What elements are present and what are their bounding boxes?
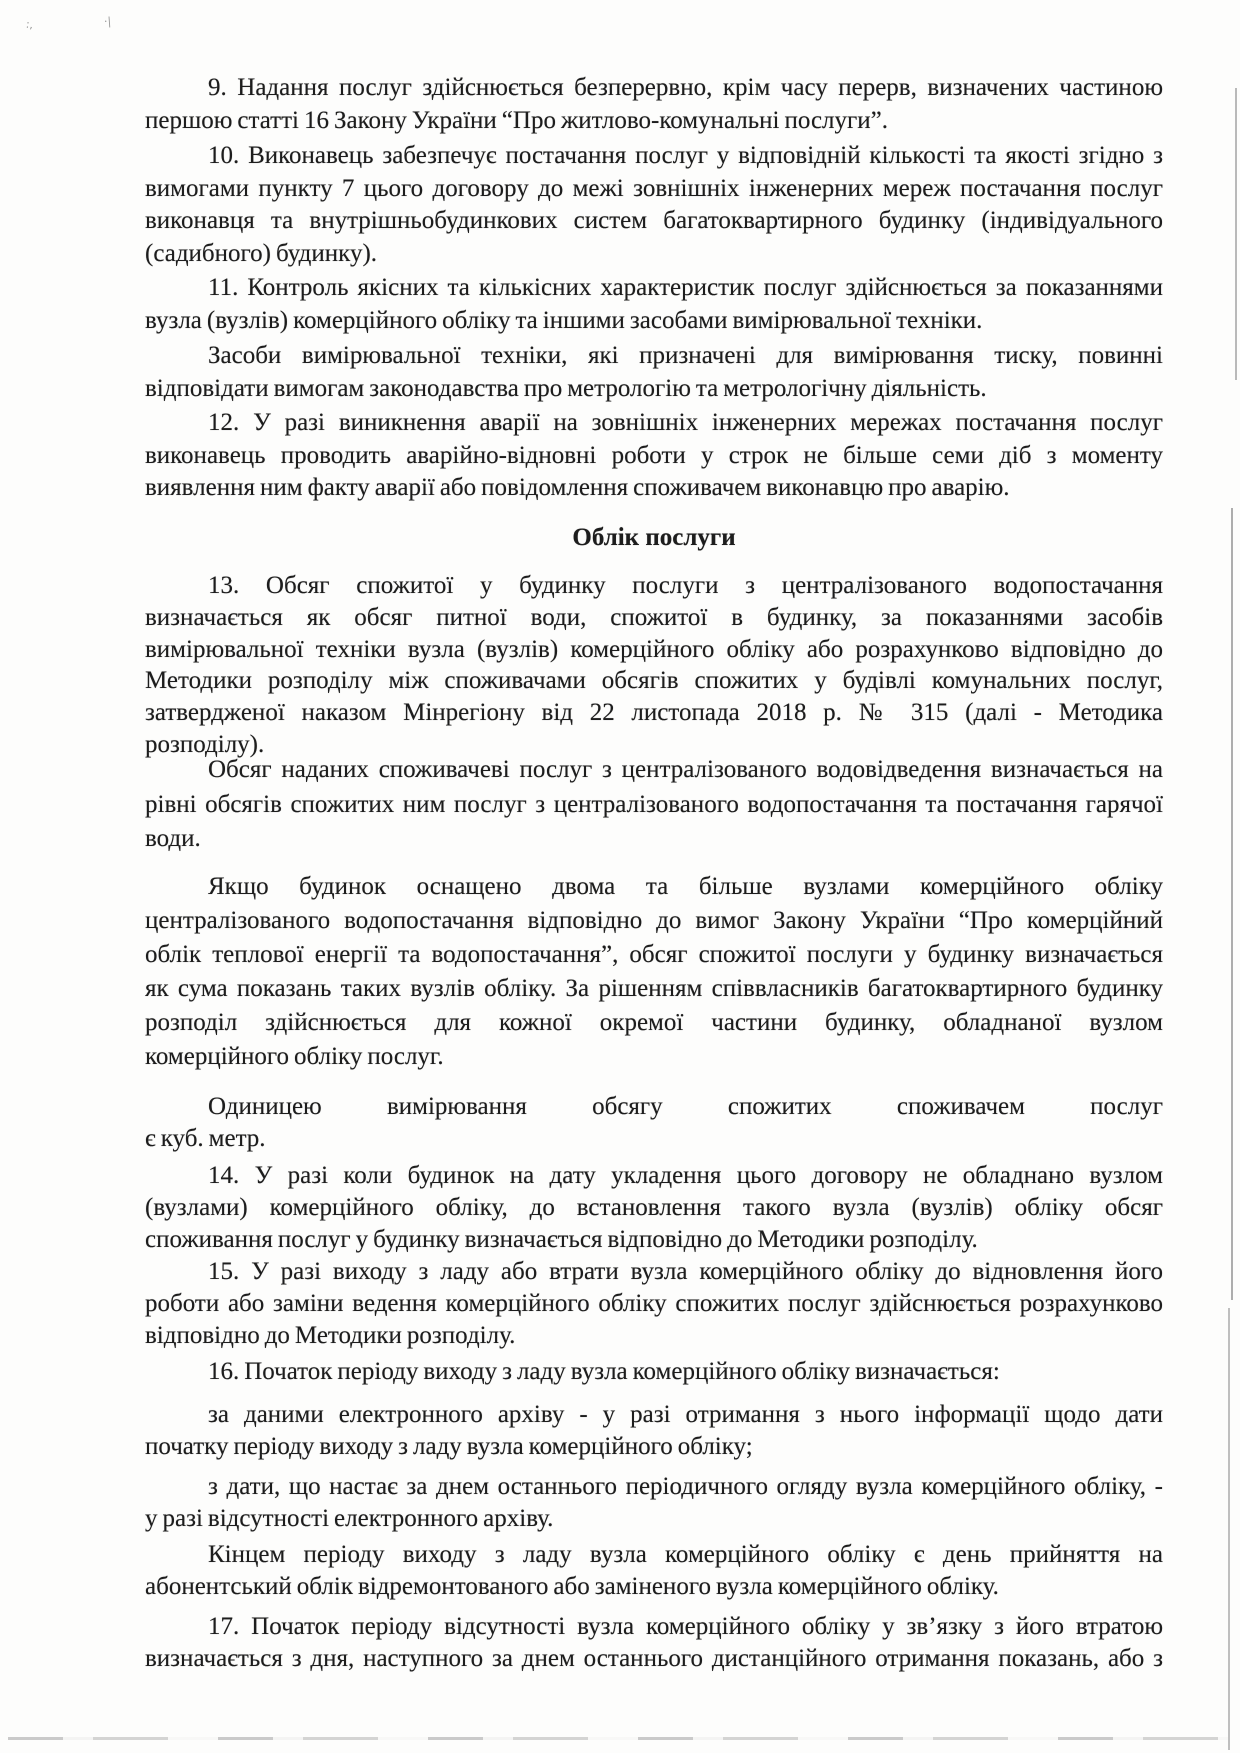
scan-edge-line [1228,1308,1230,1750]
paragraph: 16. Початок періоду виходу з ладу вузла … [145,1356,1163,1388]
text-line: 9. Надання послуг здійснюється безперерв… [145,72,1163,105]
text-line: Одиницею вимірювання обсягу спожитих спо… [145,1091,1163,1123]
paragraph: Якщо будинок оснащено двома та більше ву… [145,870,1163,1074]
scan-speck: :, [25,18,34,32]
text-line: 14. У разі коли будинок на дату укладенн… [145,1160,1163,1192]
text-line: як сума показань таких вузлів обліку. За… [145,972,1163,1006]
paragraph: з дати, що настає за днем останнього пер… [145,1471,1163,1535]
text-line: споживання послуг у будинку визначається… [145,1224,1163,1256]
scan-bottom-artifact [8,1737,1228,1740]
text-line: 15. У разі виходу з ладу або втрати вузл… [145,1256,1163,1288]
text-line: 10. Виконавець забезпечує постачання пос… [145,140,1163,173]
paragraph: Одиницею вимірювання обсягу спожитих спо… [145,1091,1163,1155]
text-line: абонентський облік відремонтованого або … [145,1571,1163,1603]
text-line: у разі відсутності електронного архіву. [145,1503,1163,1535]
text-line: розподіл здійснюється для кожної окремої… [145,1006,1163,1040]
text-line: облік теплової енергії та водопостачання… [145,938,1163,972]
text-line: 11. Контроль якісних та кількісних харак… [145,272,1163,305]
text-line: виконавець проводить аварійно-відновні р… [145,440,1163,473]
text-line: Засоби вимірювальної техніки, які призна… [145,340,1163,373]
text-line: Методики розподілу між споживачами обсяг… [145,665,1163,697]
paragraph: 15. У разі виходу з ладу або втрати вузл… [145,1256,1163,1352]
paragraph: 14. У разі коли будинок на дату укладенн… [145,1160,1163,1256]
text-line: з дати, що настає за днем останнього пер… [145,1471,1163,1503]
text-line: першою статті 16 Закону України “Про жит… [145,105,1163,138]
text-line: за даними електронного архіву - у разі о… [145,1399,1163,1431]
paragraph: 9. Надання послуг здійснюється безперерв… [145,72,1163,137]
text-line: відповідно до Методики розподілу. [145,1320,1163,1352]
text-line: води. [145,822,1163,857]
text-line: є куб. метр. [145,1123,1163,1155]
paragraph: Обсяг наданих споживачеві послуг з центр… [145,753,1163,857]
scan-speck: ·| [104,15,112,28]
scan-edge-line [1235,88,1237,380]
text-line: 13. Обсяг спожитої у будинку послуги з ц… [145,570,1163,602]
paragraph: 10. Виконавець забезпечує постачання пос… [145,140,1163,270]
text-line: (садибного) будинку). [145,238,1163,271]
text-line: централізованого водопостачання відповід… [145,904,1163,938]
text-line: (вузлами) комерційного обліку, до встано… [145,1192,1163,1224]
paragraph: 11. Контроль якісних та кількісних харак… [145,272,1163,337]
paragraph: Кінцем періоду виходу з ладу вузла комер… [145,1539,1163,1603]
text-line: Кінцем періоду виходу з ладу вузла комер… [145,1539,1163,1571]
text-line: рівні обсягів спожитих ним послуг з цент… [145,788,1163,823]
text-line: Якщо будинок оснащено двома та більше ву… [145,870,1163,904]
text-line: визначається з дня, наступного за днем о… [145,1643,1163,1675]
text-line: комерційного обліку послуг. [145,1040,1163,1074]
text-line: вимірювальної техніки вузла (вузлів) ком… [145,634,1163,666]
paragraph: Засоби вимірювальної техніки, які призна… [145,340,1163,405]
text-line: початку періоду виходу з ладу вузла коме… [145,1431,1163,1463]
text-line: вузла (вузлів) комерційного обліку та ін… [145,305,1163,338]
text-area: 9. Надання послуг здійснюється безперерв… [145,0,1163,1753]
scan-edge-line [1231,508,1233,1300]
text-line: 12. У разі виникнення аварії на зовнішні… [145,407,1163,440]
text-line: вимогами пункту 7 цього договору до межі… [145,173,1163,206]
text-line: 16. Початок періоду виходу з ладу вузла … [145,1356,1163,1388]
text-line: 17. Початок періоду відсутності вузла ко… [145,1611,1163,1643]
text-line: затвердженої наказом Мінрегіону від 22 л… [145,697,1163,729]
text-line: відповідати вимогам законодавства про ме… [145,373,1163,406]
text-line: роботи або заміни ведення комерційного о… [145,1288,1163,1320]
paragraph: 17. Початок періоду відсутності вузла ко… [145,1611,1163,1675]
paragraph: за даними електронного архіву - у разі о… [145,1399,1163,1463]
section-heading: Облік послуги [145,524,1163,552]
paragraph: 13. Обсяг спожитої у будинку послуги з ц… [145,570,1163,761]
text-line: виявлення ним факту аварії або повідомле… [145,472,1163,505]
text-line: Обсяг наданих споживачеві послуг з центр… [145,753,1163,788]
paragraph: 12. У разі виникнення аварії на зовнішні… [145,407,1163,505]
scanned-document-page: :, ·| 9. Надання послуг здійснюється без… [0,0,1240,1753]
text-line: виконавця та внутрішньобудинкових систем… [145,205,1163,238]
text-line: визначається як обсяг питної води, спожи… [145,602,1163,634]
